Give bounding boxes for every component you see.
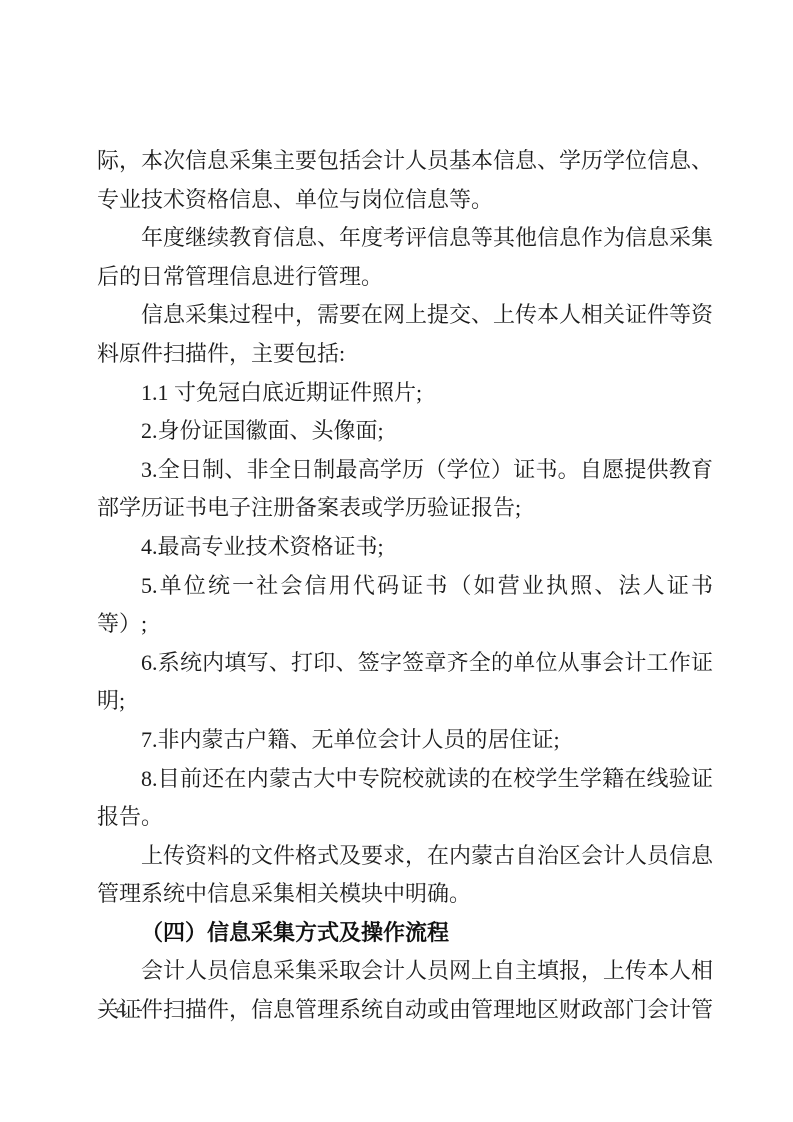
paragraph: 年度继续教育信息、年度考评信息等其他信息作为信息采集后的日常管理信息进行管理。 bbox=[97, 219, 713, 296]
page-number: - 4 - bbox=[99, 999, 146, 1021]
paragraph: 会计人员信息采集采取会计人员网上自主填报，上传本人相关证件扫描件，信息管理系统自… bbox=[97, 952, 713, 1029]
paragraph: 信息采集过程中，需要在网上提交、上传本人相关证件等资料原件扫描件，主要包括: bbox=[97, 296, 713, 373]
list-item-6: 6.系统内填写、打印、签字签章齐全的单位从事会计工作证明; bbox=[97, 644, 713, 721]
document-body: 际，本次信息采集主要包括会计人员基本信息、学历学位信息、专业技术资格信息、单位与… bbox=[97, 142, 713, 1030]
list-item-7: 7.非内蒙古户籍、无单位会计人员的居住证; bbox=[97, 721, 713, 760]
list-item-5: 5.单位统一社会信用代码证书（如营业执照、法人证书等）; bbox=[97, 567, 713, 644]
list-item-3: 3.全日制、非全日制最高学历（学位）证书。自愿提供教育部学历证书电子注册备案表或… bbox=[97, 451, 713, 528]
paragraph: 上传资料的文件格式及要求，在内蒙古自治区会计人员信息管理系统中信息采集相关模块中… bbox=[97, 837, 713, 914]
list-item-1: 1.1 寸免冠白底近期证件照片; bbox=[97, 374, 713, 413]
list-item-4: 4.最高专业技术资格证书; bbox=[97, 528, 713, 567]
paragraph-continuation: 际，本次信息采集主要包括会计人员基本信息、学历学位信息、专业技术资格信息、单位与… bbox=[97, 142, 713, 219]
list-item-8: 8.目前还在内蒙古大中专院校就读的在校学生学籍在线验证报告。 bbox=[97, 760, 713, 837]
section-heading: （四）信息采集方式及操作流程 bbox=[97, 914, 713, 953]
list-item-2: 2.身份证国徽面、头像面; bbox=[97, 412, 713, 451]
document-page: 际，本次信息采集主要包括会计人员基本信息、学历学位信息、专业技术资格信息、单位与… bbox=[0, 0, 793, 1122]
